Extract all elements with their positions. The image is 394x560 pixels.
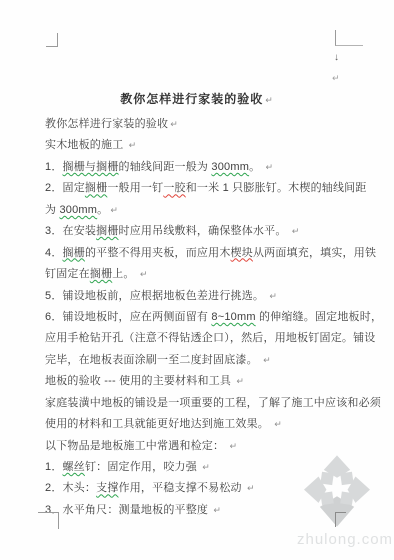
doc-line: 2．木头：支撑作用，平稳支撑不易松动 ↵ [45, 478, 360, 499]
doc-text: 的轴线间距一般为 [119, 161, 212, 173]
doc-line: 应用手枪钻开孔（注意不得钻透企口），然后，用地板钉固定。铺设 [45, 328, 360, 349]
doc-line: 3．水平角尺：测量地板的平整度 ↵ [45, 500, 360, 521]
doc-text: 作用，平稳支撑不易松动 [119, 482, 245, 494]
anchor-mark-icon: ↓ [334, 52, 339, 63]
document-body: 教你怎样进行家装的验收↵实木地板的施工 ↵1．搁栅与搁栅的轴线间距一般为 300… [45, 114, 360, 521]
spellcheck-flagged-text: 8~10mm [211, 311, 255, 323]
doc-text: 时应用吊线敷料，确保整体水平。 [119, 225, 290, 237]
doc-text: 6．铺设地板时，应在两侧面留有 [45, 311, 211, 323]
doc-text: 5．铺设地板前，应根据地板色差进行挑选。 [45, 290, 267, 302]
paragraph-mark-icon: ↵ [236, 376, 244, 386]
margin-mark-bottom-right-icon [335, 512, 346, 527]
paragraph-mark-icon: ↵ [274, 419, 282, 429]
doc-text: 1． [45, 461, 63, 473]
doc-text: 。 [249, 161, 263, 173]
paragraph-mark-icon: ↵ [229, 441, 237, 451]
spellcheck-flagged-text: 300mm [211, 161, 249, 173]
doc-line: 1．螺丝钉：固定作用，咬力强 ↵ [45, 457, 360, 478]
doc-text: 1． [45, 161, 63, 173]
doc-text: 使用的材料和工具就能更好地达到施工效果。 [45, 418, 272, 430]
paragraph-mark-icon: ↵ [170, 119, 178, 129]
spellcheck-flagged-text: 一胶 [163, 182, 185, 194]
spellcheck-flagged-text: 搁栅 [96, 225, 118, 237]
spellcheck-flagged-text: 搁栅 [90, 268, 112, 280]
margin-mark-top-left-icon [46, 33, 58, 47]
doc-line: 5．铺设地板前，应根据地板色差进行挑选。 ↵ [45, 286, 360, 307]
paragraph-mark-icon: ↵ [202, 462, 210, 472]
doc-text: 钉：固定作用，咬力强 [85, 461, 200, 473]
doc-text: 和一米 1 只膨胀钉。木楔的轴线间距 [186, 182, 367, 194]
doc-text: 一般用一钉 [107, 182, 163, 194]
doc-line: 3．在安装搁栅时应用吊线敷料，确保整体水平。 ↵ [45, 221, 360, 242]
doc-text: 2．木头： [45, 482, 96, 494]
document-title-text: 教你怎样进行家装的验收 [120, 92, 263, 106]
doc-line: 地板的验收 --- 使用的主要材料和工具 ↵ [45, 371, 360, 392]
doc-text: 完毕，在地板表面涂刷一至二度封固底漆。 [45, 354, 261, 366]
doc-line: 以下物品是地板施工中常遇和检定： ↵ [45, 436, 360, 457]
doc-text: 地板的验收 --- 使用的主要材料和工具 [45, 375, 234, 387]
paragraph-mark-icon: ↵ [263, 355, 271, 365]
watermark-text: zhulong.com [297, 531, 394, 548]
paragraph-mark-icon: ↵ [292, 226, 300, 236]
spellcheck-flagged-text: 搁栅 [85, 182, 107, 194]
doc-text: 钉固定在 [45, 268, 90, 280]
doc-text: 4． [45, 247, 63, 259]
doc-line: 4．搁栅的平整不得用夹板，而应用木楔块从两面填充，填实，用铁 [45, 243, 360, 264]
doc-text: 。 [97, 204, 108, 216]
doc-text: 实木地板的施工 [45, 139, 127, 151]
paragraph-mark-icon: ↵ [129, 140, 137, 150]
margin-mark-top-right-icon [335, 30, 363, 46]
doc-text: 从两面填充，填实，用铁 [253, 247, 376, 259]
spellcheck-flagged-text: 支撑 [96, 482, 118, 494]
doc-text: 教你怎样进行家装的验收 [45, 118, 168, 130]
paragraph-mark-icon: ↵ [332, 73, 340, 84]
document-title: 教你怎样进行家装的验收↵ [0, 90, 394, 107]
doc-line: 1．搁栅与搁栅的轴线间距一般为 300mm。 ↵ [45, 157, 360, 178]
doc-text: 家庭装潢中地板的铺设是一项重要的工程，了解了施工中应该和必须 [45, 397, 381, 409]
doc-line: 6．铺设地板时，应在两侧面留有 8~10mm 的伸缩缝。固定地板时， [45, 307, 360, 328]
spellcheck-flagged-text: 300mm [59, 204, 97, 216]
doc-line: 完毕，在地板表面涂刷一至二度封固底漆。 ↵ [45, 350, 360, 371]
doc-text: 上。 [112, 268, 138, 280]
doc-line: 家庭装潢中地板的铺设是一项重要的工程，了解了施工中应该和必须 [45, 393, 360, 414]
paragraph-mark-icon: ↵ [110, 205, 118, 215]
paragraph-mark-icon: ↵ [247, 483, 255, 493]
doc-text: 为 [45, 204, 59, 216]
doc-text: 的伸缩缝。固定地板时， [256, 311, 382, 323]
spellcheck-flagged-text: 楔块 [231, 247, 253, 259]
spellcheck-flagged-text: 搁栅与搁栅 [63, 161, 119, 173]
paragraph-mark-icon: ↵ [140, 269, 148, 279]
doc-line: 2．固定搁栅一般用一钉一胶和一米 1 只膨胀钉。木楔的轴线间距 [45, 178, 360, 199]
doc-text: 以下物品是地板施工中常遇和检定： [45, 440, 227, 452]
doc-line: 为 300mm。↵ [45, 200, 360, 221]
doc-line: 使用的材料和工具就能更好地达到施工效果。 ↵ [45, 414, 360, 435]
spellcheck-flagged-text: 搁栅 [63, 247, 85, 259]
spellcheck-flagged-text: 螺丝 [63, 461, 85, 473]
doc-line: 钉固定在搁栅上。 ↵ [45, 264, 360, 285]
doc-text: 3．水平角尺：测量地板的平整度 [45, 504, 211, 516]
doc-line: 教你怎样进行家装的验收↵ [45, 114, 360, 135]
document-page: ↓ ↵ 教你怎样进行家装的验收↵ 教你怎样进行家装的验收↵实木地板的施工 ↵1．… [0, 0, 394, 560]
paragraph-mark-icon: ↵ [213, 505, 221, 515]
margin-mark-bottom-left-icon [38, 512, 59, 529]
paragraph-mark-icon: ↵ [265, 95, 274, 105]
doc-text: 的平整不得用夹板，而应用木 [85, 247, 231, 259]
doc-text: 3．在安装 [45, 225, 96, 237]
paragraph-mark-icon: ↵ [269, 291, 277, 301]
doc-line: 实木地板的施工 ↵ [45, 135, 360, 156]
doc-text: 2．固定 [45, 182, 85, 194]
doc-text: 应用手枪钻开孔（注意不得钻透企口），然后，用地板钉固定。铺设 [45, 332, 376, 344]
paragraph-mark-icon: ↵ [266, 162, 274, 172]
